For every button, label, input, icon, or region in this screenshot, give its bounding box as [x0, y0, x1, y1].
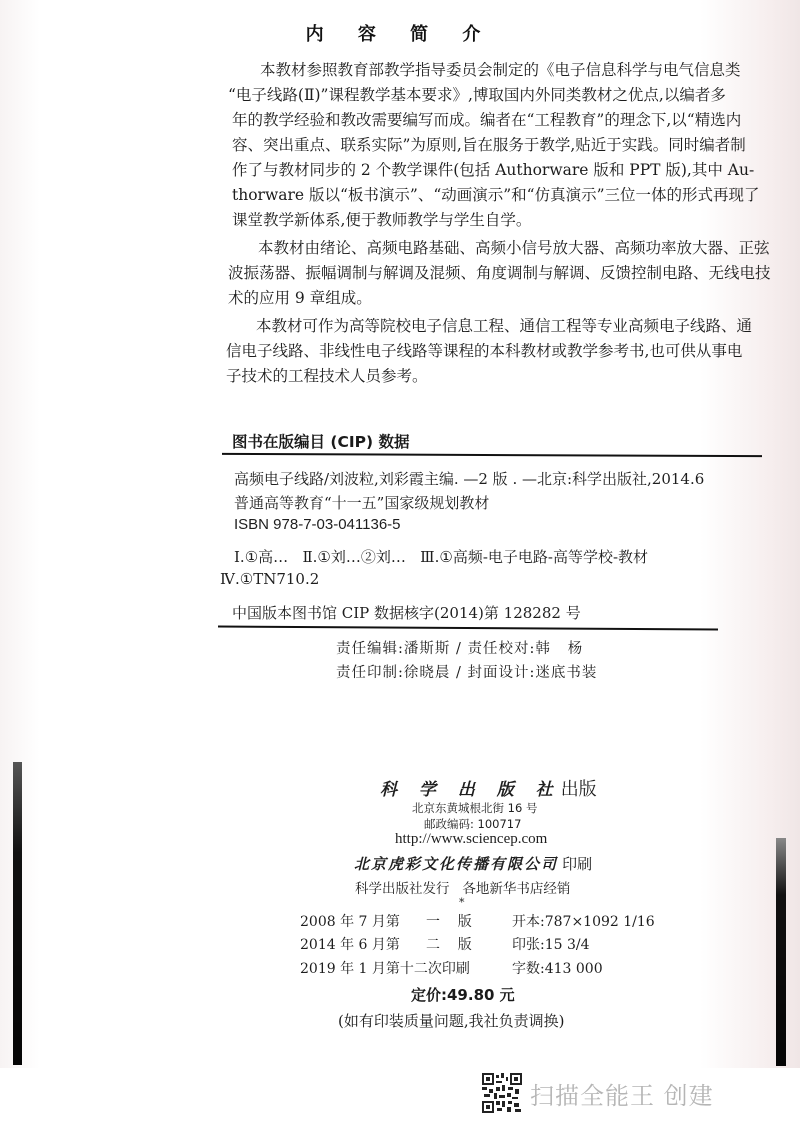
edition-row-2: 2014 年 6 月第 二 版 印张:15 3/4	[300, 934, 720, 954]
edition-spec: 开本:787×1092 1/16	[512, 911, 655, 931]
scanned-page: 内 容 简 介 本教材参照教育部教学指导委员会制定的《电子信息科学与电气信息类 …	[0, 0, 800, 1068]
publisher-line: 科 学 出 版 社出版	[380, 775, 597, 801]
edition-spec: 印张:15 3/4	[512, 934, 590, 954]
edition-date: 2019 年 1 月第十二次印刷	[300, 958, 470, 978]
publisher-url: http://www.sciencep.com	[395, 831, 547, 848]
edition-label: 二 版	[426, 934, 472, 954]
intro-line: 课堂教学新体系,便于教师教学与学生自学。	[232, 208, 531, 233]
edition-date: 2008 年 7 月第	[300, 911, 400, 931]
scanner-watermark: 扫描全能王 创建	[482, 1073, 714, 1113]
intro-line: thorware 版以“板书演示”、“动画演示”和“仿真演示”三位一体的形式再现…	[232, 183, 760, 208]
intro-line: “电子线路(Ⅱ)”课程教学基本要求》,博取国内外同类教材之优点,以编者多	[228, 83, 726, 108]
editor-credits: 责任编辑:潘斯斯 / 责任校对:韩 杨	[336, 637, 583, 658]
intro-line: 本教材参照教育部教学指导委员会制定的《电子信息科学与电气信息类	[260, 58, 741, 83]
cip-classification-1: Ⅰ.①高… Ⅱ.①刘…②刘… Ⅲ.①高频-电子电路-高等学校-教材	[234, 546, 648, 567]
edition-spec: 字数:413 000	[512, 958, 603, 978]
intro-line: 年的教学经验和教改需要编写而成。编者在“工程教育”的理念下,以“精选内	[232, 108, 741, 133]
edition-date: 2014 年 6 月第	[300, 934, 400, 954]
page-edge-shadow-right	[776, 838, 786, 1066]
intro-line: 子技术的工程技术人员参考。	[226, 364, 428, 389]
intro-line: 波振荡器、振幅调制与解调及混频、角度调制与解调、反馈控制电路、无线电技	[228, 261, 771, 286]
cip-record: 高频电子线路/刘波粒,刘彩霞主编. —2 版 . —北京:科学出版社,2014.…	[234, 468, 704, 489]
intro-paragraph-3: 本教材可作为高等院校电子信息工程、通信工程等专业高频电子线路、通 信电子线路、非…	[226, 314, 766, 394]
price: 定价:49.80 元	[411, 984, 515, 1005]
cip-heading: 图书在版编目 (CIP) 数据	[232, 430, 409, 452]
cip-series: 普通高等教育“十一五”国家级规划教材	[234, 492, 489, 513]
intro-paragraph-1: 本教材参照教育部教学指导委员会制定的《电子信息科学与电气信息类 “电子线路(Ⅱ)…	[232, 58, 772, 238]
cip-number: 中国版本图书馆 CIP 数据核字(2014)第 128282 号	[232, 602, 581, 623]
cip-top-rule	[222, 453, 762, 457]
edition-row-1: 2008 年 7 月第 一 版 开本:787×1092 1/16	[300, 911, 720, 931]
distribution-line: 科学出版社发行 各地新华书店经销	[355, 877, 570, 897]
cip-classification-2: Ⅳ.①TN710.2	[220, 570, 319, 588]
intro-line: 作了与教材同步的 2 个教学课件(包括 Authorware 版和 PPT 版)…	[232, 158, 754, 183]
publisher-suffix: 出版	[561, 779, 597, 800]
page-title: 内 容 简 介	[0, 20, 800, 46]
printer-line: 北京虎彩文化传播有限公司 印刷	[354, 853, 592, 874]
intro-line: 术的应用 9 章组成。	[228, 286, 372, 311]
production-credits: 责任印制:徐晓晨 / 封面设计:迷底书装	[336, 661, 597, 682]
publisher-name: 科 学 出 版 社	[380, 780, 561, 800]
intro-paragraph-2: 本教材由绪论、高频电路基础、高频小信号放大器、高频功率放大器、正弦 波振荡器、振…	[228, 236, 768, 316]
page-edge-shadow-left	[13, 762, 22, 1065]
intro-line: 信电子线路、非线性电子线路等课程的本科教材或教学参考书,也可供从事电	[226, 339, 742, 364]
watermark-text: 扫描全能王 创建	[530, 1076, 714, 1111]
intro-line: 本教材可作为高等院校电子信息工程、通信工程等专业高频电子线路、通	[256, 314, 752, 339]
quality-note: (如有印装质量问题,我社负责调换)	[338, 1010, 564, 1031]
printer-name: 北京虎彩文化传播有限公司	[354, 855, 558, 873]
publisher-address: 北京东黄城根北街 16 号	[412, 800, 537, 816]
cip-bottom-rule	[218, 625, 718, 630]
intro-line: 容、突出重点、联系实际”为原则,旨在服务于教学,贴近于实践。同时编者制	[232, 133, 746, 158]
edition-row-3: 2019 年 1 月第十二次印刷 字数:413 000	[300, 958, 720, 978]
qr-code-icon	[482, 1073, 522, 1113]
publisher-postcode: 邮政编码: 100717	[424, 816, 521, 832]
cip-isbn: ISBN 978-7-03-041136-5	[234, 516, 401, 533]
intro-line: 本教材由绪论、高频电路基础、高频小信号放大器、高频功率放大器、正弦	[258, 236, 770, 261]
printer-suffix: 印刷	[562, 855, 592, 873]
separator-asterisk: *	[459, 896, 465, 909]
edition-label: 一 版	[426, 911, 472, 931]
